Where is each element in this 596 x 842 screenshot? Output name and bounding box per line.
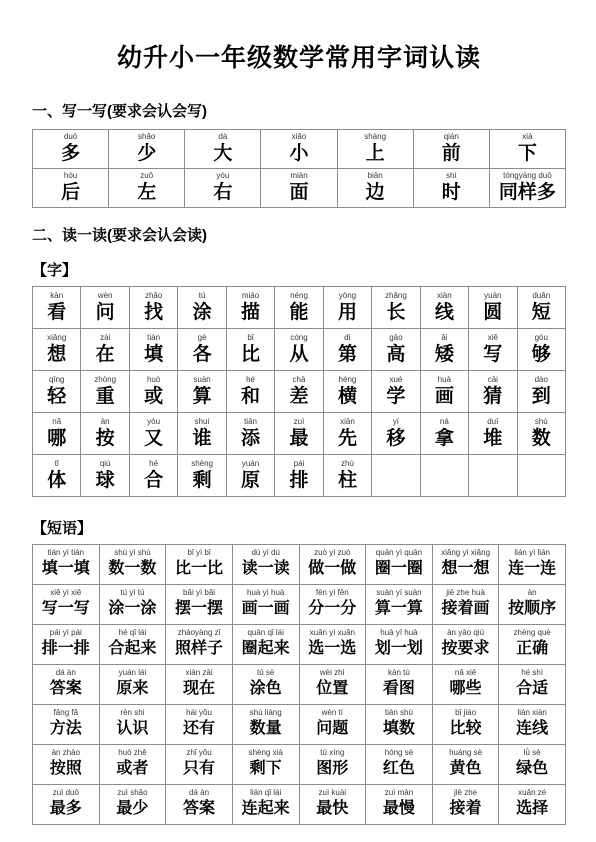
hanzi-label: 面 — [261, 181, 336, 204]
word-cell — [517, 455, 565, 497]
hanzi-label: 认识 — [100, 718, 166, 740]
hanzi-label: 合适 — [499, 678, 565, 700]
hanzi-label: 填 — [130, 343, 177, 366]
hanzi-label: 红色 — [366, 758, 432, 780]
table-row: kàn看wèn问zhǎo找tú涂miáo描néng能yòng用zhǎng长xià… — [33, 287, 566, 329]
hanzi-label: 谁 — [178, 427, 225, 450]
hanzi-label: 读一读 — [233, 558, 299, 580]
word-cell: yuán原 — [226, 455, 274, 497]
hanzi-label: 多 — [33, 142, 108, 165]
hanzi-label: 正确 — [499, 638, 565, 660]
word-cell: tú sè涂色 — [232, 665, 299, 705]
pinyin-label: àn — [81, 417, 128, 427]
pinyin-label: dú yì dú — [233, 548, 299, 558]
pinyin-label: zuì shǎo — [100, 788, 166, 798]
hanzi-label: 矮 — [421, 343, 468, 366]
pinyin-label: jiē zhe huà — [433, 588, 499, 598]
hanzi-label: 第 — [324, 343, 371, 366]
hanzi-label: 涂 — [178, 301, 225, 324]
hanzi-label: 连起来 — [233, 798, 299, 820]
pinyin-label: tú xíng — [300, 748, 366, 758]
pinyin-label: xuǎn zé — [499, 788, 565, 798]
pinyin-label: xiě yì xiě — [33, 588, 99, 598]
hanzi-label: 线 — [421, 301, 468, 324]
word-cell: zuì shǎo最少 — [99, 785, 166, 825]
section-write-heading: 一、写一写(要求会认会写) — [32, 100, 566, 121]
word-cell: rèn shi认识 — [99, 705, 166, 745]
pinyin-label: zài — [81, 333, 128, 343]
table-row: pái yì pái排一排hé qǐ lái合起来zhàoyàng zǐ照样子q… — [33, 625, 566, 665]
hanzi-label: 连一连 — [499, 558, 565, 580]
pinyin-label: xiǎng — [33, 333, 80, 343]
hanzi-label: 剩下 — [233, 758, 299, 780]
pinyin-label: xiǎo — [261, 132, 336, 142]
word-cell: xiě写 — [469, 329, 517, 371]
hanzi-label: 合起来 — [100, 638, 166, 660]
word-cell: tú xíng图形 — [299, 745, 366, 785]
word-cell: pái yì pái排一排 — [33, 625, 100, 665]
hanzi-label: 划一划 — [366, 638, 432, 660]
pinyin-label: dì — [324, 333, 371, 343]
word-cell: huà yī huà划一划 — [366, 625, 433, 665]
word-cell: dì第 — [323, 329, 371, 371]
hanzi-label: 时 — [414, 181, 489, 204]
hanzi-label: 排 — [275, 469, 322, 492]
hanzi-label: 比一比 — [166, 558, 232, 580]
word-cell: suàn算 — [178, 371, 226, 413]
pinyin-label: zuì — [275, 417, 322, 427]
pinyin-label: duō — [33, 132, 108, 142]
hanzi-label: 从 — [275, 343, 322, 366]
pinyin-label: shù — [518, 417, 565, 427]
word-cell: shàng上 — [337, 130, 413, 169]
hanzi-label: 短 — [518, 301, 565, 324]
word-cell: yòng用 — [323, 287, 371, 329]
pinyin-label: hòu — [33, 171, 108, 181]
word-cell: tóngyàng duō同样多 — [489, 169, 565, 208]
pinyin-label: nǎ — [33, 417, 80, 427]
pinyin-label: zuò yí zuò — [300, 548, 366, 558]
pinyin-label: shuí — [178, 417, 225, 427]
word-cell: xiān先 — [323, 413, 371, 455]
pinyin-label: bǐ yì bǐ — [166, 548, 232, 558]
hanzi-label: 按 — [81, 427, 128, 450]
hanzi-label: 按要求 — [433, 638, 499, 660]
pinyin-label: xiàn zài — [166, 668, 232, 678]
pinyin-label: biān — [338, 171, 413, 181]
word-cell: biān边 — [337, 169, 413, 208]
pinyin-label: quān qǐ lái — [233, 628, 299, 638]
pinyin-label: zuì kuài — [300, 788, 366, 798]
worksheet-page: 幼升小一年级数学常用字词认读 一、写一写(要求会认会写) duō多shǎo少dà… — [0, 0, 596, 842]
word-cell: tǐ体 — [33, 455, 81, 497]
hanzi-label: 少 — [109, 142, 184, 165]
hanzi-label: 高 — [372, 343, 419, 366]
pinyin-label: tóngyàng duō — [490, 171, 565, 181]
pinyin-label: quān yì quān — [366, 548, 432, 558]
hanzi-label: 右 — [185, 181, 260, 204]
word-cell: hé和 — [226, 371, 274, 413]
word-cell: pái排 — [275, 455, 323, 497]
word-cell: àn yāo qiú按要求 — [432, 625, 499, 665]
hanzi-label: 按照 — [33, 758, 99, 780]
pinyin-label: qiú — [81, 459, 128, 469]
word-cell: nǎ哪 — [33, 413, 81, 455]
word-cell: qiú球 — [81, 455, 129, 497]
word-cell: dá àn答案 — [166, 785, 233, 825]
word-cell: xiǎng yì xiǎng想一想 — [432, 545, 499, 585]
pinyin-label: wèn — [81, 291, 128, 301]
word-cell: tián填 — [129, 329, 177, 371]
hanzi-label: 按顺序 — [499, 598, 565, 620]
characters-table: kàn看wèn问zhǎo找tú涂miáo描néng能yòng用zhǎng长xià… — [32, 286, 566, 497]
hanzi-label: 比 — [227, 343, 274, 366]
hanzi-label: 或者 — [100, 758, 166, 780]
hanzi-label — [518, 469, 565, 492]
word-cell: hòu后 — [33, 169, 109, 208]
word-cell: tú yì tú涂一涂 — [99, 585, 166, 625]
word-cell: gāo高 — [372, 329, 420, 371]
pinyin-label: huà yī huà — [366, 628, 432, 638]
hanzi-label: 拿 — [421, 427, 468, 450]
pinyin-label: shù liàng — [233, 708, 299, 718]
phrases-table: tián yì tián填一填shù yì shù数一数bǐ yì bǐ比一比d… — [32, 544, 566, 825]
pinyin-label: yòu — [185, 171, 260, 181]
pinyin-label: xiě — [469, 333, 516, 343]
hanzi-label: 前 — [414, 142, 489, 165]
section-read-heading: 二、读一读(要求会认会读) — [32, 224, 566, 245]
pinyin-label: tú — [178, 291, 225, 301]
pinyin-label: gè — [178, 333, 225, 343]
word-cell: xià下 — [489, 130, 565, 169]
word-cell: xiàn zài现在 — [166, 665, 233, 705]
hanzi-label: 方法 — [33, 718, 99, 740]
pinyin-label: qīng — [33, 375, 80, 385]
hanzi-label: 哪些 — [433, 678, 499, 700]
pinyin-label: nǎ xiē — [433, 668, 499, 678]
pinyin-label: tǐ — [33, 459, 80, 469]
pinyin-label: shí — [414, 171, 489, 181]
hanzi-label — [469, 469, 516, 492]
word-cell: jiē zhe huà接着画 — [432, 585, 499, 625]
word-cell — [469, 455, 517, 497]
pinyin-label: huà — [421, 375, 468, 385]
word-cell: zuò yí zuò做一做 — [299, 545, 366, 585]
word-cell: shèng剩 — [178, 455, 226, 497]
pinyin-label: wèi zhì — [300, 668, 366, 678]
hanzi-label: 剩 — [178, 469, 225, 492]
hanzi-label: 添 — [227, 427, 274, 450]
pinyin-label: shǎo — [109, 132, 184, 142]
pinyin-label: zuì duō — [33, 788, 99, 798]
hanzi-label: 连线 — [499, 718, 565, 740]
word-cell: huò或 — [129, 371, 177, 413]
pinyin-label: pái yì pái — [33, 628, 99, 638]
pinyin-label: tú sè — [233, 668, 299, 678]
hanzi-label: 算 — [178, 385, 225, 408]
hanzi-label: 现在 — [166, 678, 232, 700]
word-cell: wèn tí问题 — [299, 705, 366, 745]
word-cell: zuì duō最多 — [33, 785, 100, 825]
pinyin-label: zuǒ — [109, 171, 184, 181]
pinyin-label: yòng — [324, 291, 371, 301]
word-cell: zài在 — [81, 329, 129, 371]
hanzi-label: 轻 — [33, 385, 80, 408]
word-cell: xiǎng想 — [33, 329, 81, 371]
hanzi-label: 能 — [275, 301, 322, 324]
pinyin-label: suàn yí suàn — [366, 588, 432, 598]
hanzi-label: 后 — [33, 181, 108, 204]
word-cell: zuì màn最慢 — [366, 785, 433, 825]
word-cell: tián shù填数 — [366, 705, 433, 745]
pinyin-label: yuán lái — [100, 668, 166, 678]
pinyin-label: xià — [490, 132, 565, 142]
pinyin-label: cóng — [275, 333, 322, 343]
hanzi-label: 涂色 — [233, 678, 299, 700]
word-cell: xuǎn yì xuǎn选一选 — [299, 625, 366, 665]
hanzi-label: 还有 — [166, 718, 232, 740]
hanzi-label: 又 — [130, 427, 177, 450]
pinyin-label: néng — [275, 291, 322, 301]
word-cell: qīng轻 — [33, 371, 81, 413]
pinyin-label: yòu — [130, 417, 177, 427]
pinyin-label: hái yǒu — [166, 708, 232, 718]
hanzi-label — [372, 469, 419, 492]
hanzi-label: 柱 — [324, 469, 371, 492]
hanzi-label: 先 — [324, 427, 371, 450]
pinyin-label: suàn — [178, 375, 225, 385]
hanzi-label: 圈一圈 — [366, 558, 432, 580]
hanzi-label: 横 — [324, 385, 371, 408]
pinyin-label: fāng fǎ — [33, 708, 99, 718]
phrases-table-grid: tián yì tián填一填shù yì shù数一数bǐ yì bǐ比一比d… — [32, 544, 566, 825]
hanzi-label: 写一写 — [33, 598, 99, 620]
hanzi-label: 数 — [518, 427, 565, 450]
pinyin-label: yuán — [227, 459, 274, 469]
hanzi-label: 描 — [227, 301, 274, 324]
word-cell: xiě yì xiě写一写 — [33, 585, 100, 625]
table-row: tián yì tián填一填shù yì shù数一数bǐ yì bǐ比一比d… — [33, 545, 566, 585]
pinyin-label: tián yì tián — [33, 548, 99, 558]
pinyin-label: yí — [372, 417, 419, 427]
word-cell: dú yì dú读一读 — [232, 545, 299, 585]
pinyin-label: zhòng — [81, 375, 128, 385]
pinyin-label: dà — [185, 132, 260, 142]
hanzi-label: 看图 — [366, 678, 432, 700]
hanzi-label: 球 — [81, 469, 128, 492]
hanzi-label: 数一数 — [100, 558, 166, 580]
pinyin-label: àn yāo qiú — [433, 628, 499, 638]
word-cell: bǐ比 — [226, 329, 274, 371]
pinyin-label: lián xiàn — [499, 708, 565, 718]
pinyin-label: zuì màn — [366, 788, 432, 798]
pinyin-label: zhèng què — [499, 628, 565, 638]
table-row: xiě yì xiě写一写tú yì tú涂一涂bǎi yì bǎi摆一摆huà… — [33, 585, 566, 625]
hanzi-label: 最快 — [300, 798, 366, 820]
word-cell: quān qǐ lái圈起来 — [232, 625, 299, 665]
word-cell: ná拿 — [420, 413, 468, 455]
pinyin-label: kàn — [33, 291, 80, 301]
word-cell: zhàoyàng zǐ照样子 — [166, 625, 233, 665]
pinyin-label: huà yì huà — [233, 588, 299, 598]
word-cell: dào到 — [517, 371, 565, 413]
pinyin-label — [469, 459, 516, 469]
word-cell: yòu右 — [185, 169, 261, 208]
word-cell: xué学 — [372, 371, 420, 413]
table-row: hòu后zuǒ左yòu右miàn面biān边shí时tóngyàng duō同样… — [33, 169, 566, 208]
word-cell: shí时 — [413, 169, 489, 208]
word-cell: tián yì tián填一填 — [33, 545, 100, 585]
pinyin-label: fēn yì fēn — [300, 588, 366, 598]
pinyin-label: tú yì tú — [100, 588, 166, 598]
word-cell: kàn看 — [33, 287, 81, 329]
hanzi-label: 最少 — [100, 798, 166, 820]
word-cell: huà yì huà画一画 — [232, 585, 299, 625]
word-cell: shǎo少 — [109, 130, 185, 169]
hanzi-label: 想一想 — [433, 558, 499, 580]
pinyin-label: bǐ — [227, 333, 274, 343]
word-cell: zhù柱 — [323, 455, 371, 497]
word-cell: suàn yí suàn算一算 — [366, 585, 433, 625]
pinyin-label: huò zhě — [100, 748, 166, 758]
word-cell: miàn面 — [261, 169, 337, 208]
table-row: qīng轻zhòng重huò或suàn算hé和chā差héng横xué学huà画… — [33, 371, 566, 413]
hanzi-label: 用 — [324, 301, 371, 324]
word-cell: zuì kuài最快 — [299, 785, 366, 825]
pinyin-label: rèn shi — [100, 708, 166, 718]
pinyin-label: huò — [130, 375, 177, 385]
hanzi-label: 比较 — [433, 718, 499, 740]
write-table-grid: duō多shǎo少dà大xiǎo小shàng上qián前xià下hòu后zuǒ左… — [32, 129, 566, 208]
pinyin-label: shù yì shù — [100, 548, 166, 558]
hanzi-label: 到 — [518, 385, 565, 408]
pinyin-label: hé qǐ lái — [100, 628, 166, 638]
pinyin-label: hé — [130, 459, 177, 469]
hanzi-label: 学 — [372, 385, 419, 408]
pinyin-label: pái — [275, 459, 322, 469]
subsection-characters-heading: 【字】 — [32, 259, 566, 280]
word-cell: hé shì合适 — [499, 665, 566, 705]
pinyin-label: jiē zhe — [433, 788, 499, 798]
word-cell: fāng fǎ方法 — [33, 705, 100, 745]
hanzi-label: 问题 — [300, 718, 366, 740]
hanzi-label: 圈起来 — [233, 638, 299, 660]
hanzi-label: 黄色 — [433, 758, 499, 780]
word-cell: duō多 — [33, 130, 109, 169]
word-cell: kàn tú看图 — [366, 665, 433, 705]
pinyin-label: ǎi — [421, 333, 468, 343]
hanzi-label: 堆 — [469, 427, 516, 450]
pinyin-label: xiàn — [421, 291, 468, 301]
word-cell: hé qǐ lái合起来 — [99, 625, 166, 665]
hanzi-label: 猜 — [469, 385, 516, 408]
word-cell: yuán圆 — [469, 287, 517, 329]
hanzi-label: 答案 — [33, 678, 99, 700]
hanzi-label: 体 — [33, 469, 80, 492]
word-cell: gè各 — [178, 329, 226, 371]
pinyin-label: bǐ jiào — [433, 708, 499, 718]
word-cell: bǎi yì bǎi摆一摆 — [166, 585, 233, 625]
word-cell: huáng sè黄色 — [432, 745, 499, 785]
word-cell: shù yì shù数一数 — [99, 545, 166, 585]
word-cell: cāi猜 — [469, 371, 517, 413]
hanzi-label: 画一画 — [233, 598, 299, 620]
word-cell: chā差 — [275, 371, 323, 413]
hanzi-label: 重 — [81, 385, 128, 408]
pinyin-label: lǜ sè — [499, 748, 565, 758]
pinyin-label: zhàoyàng zǐ — [166, 628, 232, 638]
pinyin-label: lián yì lián — [499, 548, 565, 558]
hanzi-label: 上 — [338, 142, 413, 165]
pinyin-label: ná — [421, 417, 468, 427]
pinyin-label: tiān — [227, 417, 274, 427]
word-cell — [420, 455, 468, 497]
hanzi-label: 做一做 — [300, 558, 366, 580]
hanzi-label: 最多 — [33, 798, 99, 820]
word-cell: àn按顺序 — [499, 585, 566, 625]
hanzi-label: 移 — [372, 427, 419, 450]
hanzi-label: 接着 — [433, 798, 499, 820]
word-cell: zhǐ yǒu只有 — [166, 745, 233, 785]
pinyin-label: huáng sè — [433, 748, 499, 758]
hanzi-label: 数量 — [233, 718, 299, 740]
word-cell: duǎn短 — [517, 287, 565, 329]
write-table: duō多shǎo少dà大xiǎo小shàng上qián前xià下hòu后zuǒ左… — [32, 129, 566, 208]
hanzi-label: 边 — [338, 181, 413, 204]
word-cell: hóng sè红色 — [366, 745, 433, 785]
word-cell: bǐ jiào比较 — [432, 705, 499, 745]
word-cell: dá àn答案 — [33, 665, 100, 705]
hanzi-label: 绿色 — [499, 758, 565, 780]
hanzi-label: 接着画 — [433, 598, 499, 620]
hanzi-label: 差 — [275, 385, 322, 408]
pinyin-label: hé — [227, 375, 274, 385]
word-cell: jiē zhe接着 — [432, 785, 499, 825]
hanzi-label: 和 — [227, 385, 274, 408]
word-cell — [372, 455, 420, 497]
hanzi-label: 摆一摆 — [166, 598, 232, 620]
hanzi-label: 在 — [81, 343, 128, 366]
word-cell: shù liàng数量 — [232, 705, 299, 745]
pinyin-label: duī — [469, 417, 516, 427]
word-cell: xiǎo小 — [261, 130, 337, 169]
word-cell: néng能 — [275, 287, 323, 329]
word-cell: hái yǒu还有 — [166, 705, 233, 745]
hanzi-label: 只有 — [166, 758, 232, 780]
pinyin-label: chā — [275, 375, 322, 385]
pinyin-label: dá àn — [166, 788, 232, 798]
word-cell: zhǎo找 — [129, 287, 177, 329]
pinyin-label: tián — [130, 333, 177, 343]
word-cell: qián前 — [413, 130, 489, 169]
word-cell: duī堆 — [469, 413, 517, 455]
hanzi-label: 够 — [518, 343, 565, 366]
hanzi-label: 填一填 — [33, 558, 99, 580]
word-cell: yòu又 — [129, 413, 177, 455]
page-title: 幼升小一年级数学常用字词认读 — [32, 38, 566, 74]
word-cell: xuǎn zé选择 — [499, 785, 566, 825]
pinyin-label: gāo — [372, 333, 419, 343]
hanzi-label: 答案 — [166, 798, 232, 820]
hanzi-label: 最 — [275, 427, 322, 450]
pinyin-label: xiān — [324, 417, 371, 427]
hanzi-label: 想 — [33, 343, 80, 366]
hanzi-label: 小 — [261, 142, 336, 165]
word-cell: tú涂 — [178, 287, 226, 329]
pinyin-label: duǎn — [518, 291, 565, 301]
word-cell: héng横 — [323, 371, 371, 413]
pinyin-label: zhǐ yǒu — [166, 748, 232, 758]
